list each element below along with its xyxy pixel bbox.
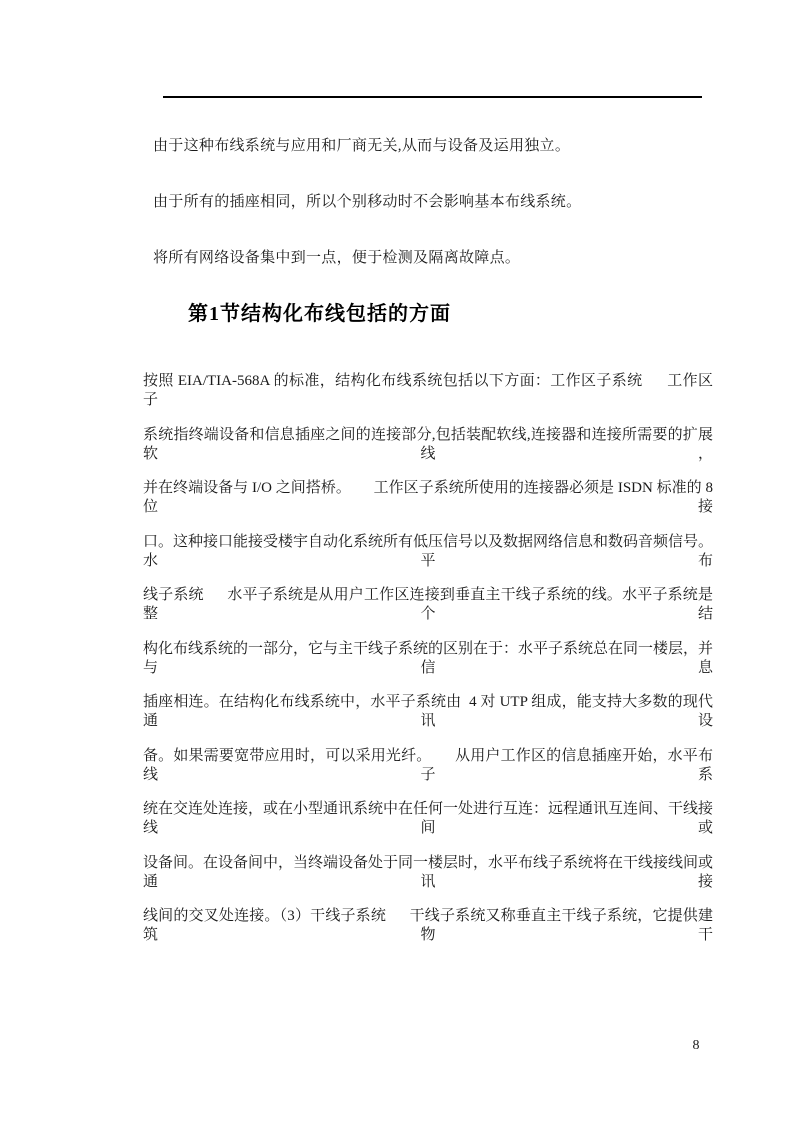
intro-paragraph: 由于这种布线系统与应用和厂商无关,从而与设备及运用独立。	[153, 137, 728, 193]
body-text-line: 设备间。在设备间中，当终端设备处于同一楼层时，水平布线子系统将在干线接线间或通讯…	[143, 854, 713, 908]
body-text-line: 插座相连。在结构化布线系统中，水平子系统由 4 对 UTP 组成，能支持大多数的…	[143, 693, 713, 747]
header-rule	[163, 96, 702, 98]
body-text-line: 按照 EIA/TIA-568A 的标准，结构化布线系统包括以下方面：工作区子系统…	[143, 372, 713, 426]
body-text-line: 构化布线系统的一部分，它与主干线子系统的区别在于：水平子系统总在同一楼层，并与信…	[143, 640, 713, 694]
body-text-line: 线间的交叉处连接。（3）干线子系统 干线子系统又称垂直主干线子系统，它提供建筑物…	[143, 907, 713, 961]
intro-paragraphs: 由于这种布线系统与应用和厂商无关,从而与设备及运用独立。 由于所有的插座相同，所…	[153, 137, 728, 305]
body-text-line: 统在交连处连接，或在小型通讯系统中在任何一处进行互连：远程通讯互连间、干线接线间…	[143, 800, 713, 854]
document-page: 由于这种布线系统与应用和厂商无关,从而与设备及运用独立。 由于所有的插座相同，所…	[0, 0, 793, 1122]
intro-paragraph: 将所有网络设备集中到一点，便于检测及隔离故障点。	[153, 249, 728, 305]
section-heading: 第1节结构化布线包括的方面	[188, 302, 451, 326]
page-number: 8	[688, 1037, 704, 1055]
body-text: 按照 EIA/TIA-568A 的标准，结构化布线系统包括以下方面：工作区子系统…	[143, 372, 713, 961]
body-text-line: 口。这种接口能接受楼宇自动化系统所有低压信号以及数据网络信息和数码音频信号。水平…	[143, 533, 713, 587]
body-text-line: 并在终端设备与 I/O 之间搭桥。 工作区子系统所使用的连接器必须是 ISDN …	[143, 479, 713, 533]
intro-paragraph: 由于所有的插座相同，所以个别移动时不会影响基本布线系统。	[153, 193, 728, 249]
body-text-line: 系统指终端设备和信息插座之间的连接部分,包括装配软线,连接器和连接所需要的扩展软…	[143, 426, 713, 480]
body-text-line: 线子系统 水平子系统是从用户工作区连接到垂直主干线子系统的线。水平子系统是整个结	[143, 586, 713, 640]
body-text-line: 备。如果需要宽带应用时，可以采用光纤。 从用户工作区的信息插座开始，水平布线子系	[143, 747, 713, 801]
